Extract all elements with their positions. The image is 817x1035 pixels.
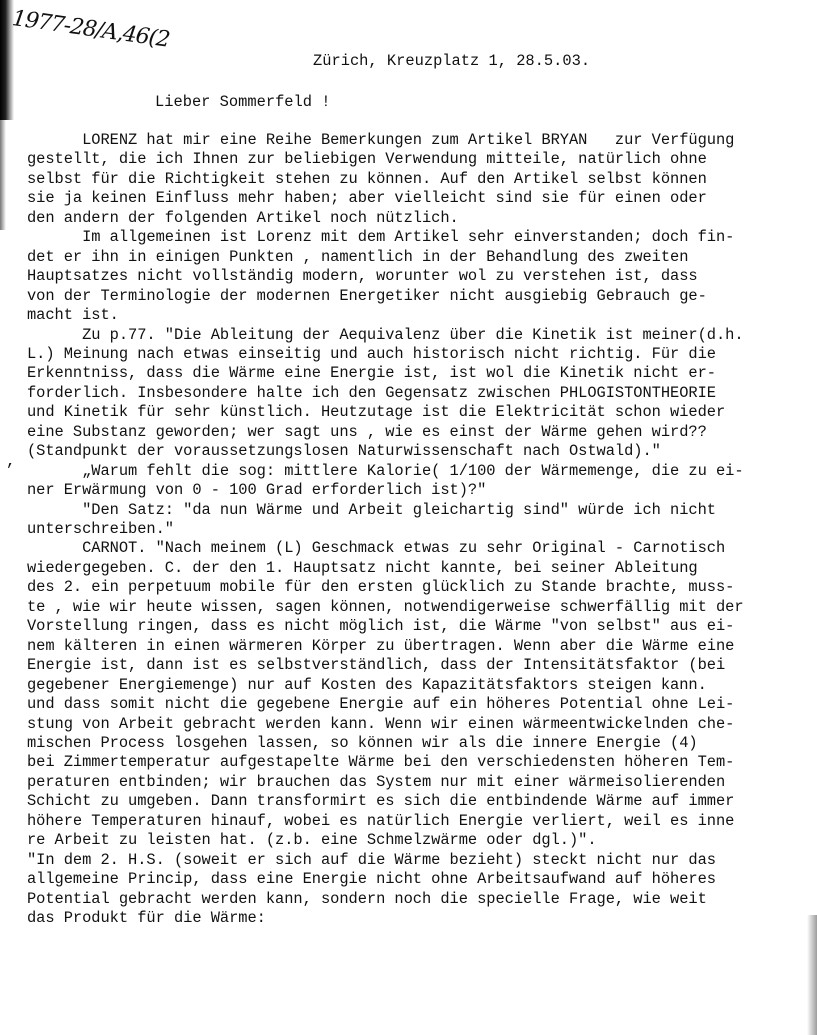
text-line: mischen Process losgehen lassen, so könn…: [27, 734, 698, 752]
text-line: det er ihn in einigen Punkten , namentli…: [27, 248, 688, 266]
text-line: gegebener Energiemenge) nur auf Kosten d…: [27, 676, 707, 694]
text-line: Vorstellung ringen, dass es nicht möglic…: [27, 617, 734, 635]
text-line: und dass somit nicht die gegebene Energi…: [27, 695, 734, 713]
text-line: CARNOT. "Nach meinem (L) Geschmack etwas…: [27, 539, 725, 557]
salutation: Lieber Sommerfeld !: [155, 93, 330, 111]
text-line: (Standpunkt der voraussetzungslosen Natu…: [27, 442, 661, 460]
text-line: LORENZ hat mir eine Reihe Bemerkungen zu…: [27, 131, 734, 149]
text-line: des 2. ein perpetuum mobile für den erst…: [27, 578, 734, 596]
text-line: den andern der folgenden Artikel noch nü…: [27, 209, 459, 227]
text-line: höhere Temperaturen hinauf, wobei es nat…: [27, 812, 734, 830]
text-line: und Kinetik für sehr künstlich. Heutzuta…: [27, 403, 725, 421]
text-line: von der Terminologie der modernen Energe…: [27, 287, 707, 305]
text-line: Erkenntniss, dass die Wärme eine Energie…: [27, 364, 716, 382]
place-date: Zürich, Kreuzplatz 1, 28.5.03.: [313, 52, 590, 70]
text-line: sie ja keinen Einfluss mehr haben; aber …: [27, 189, 707, 207]
text-line: forderlich. Insbesondere halte ich den G…: [27, 384, 716, 402]
text-line: wiedergegeben. C. der den 1. Hauptsatz n…: [27, 559, 698, 577]
text-line: allgemeine Princip, dass eine Energie ni…: [27, 870, 716, 888]
text-line: re Arbeit zu leisten hat. (z.b. eine Sch…: [27, 831, 597, 849]
scan-edge-shadow: [0, 120, 6, 230]
text-line: das Produkt für die Wärme:: [27, 909, 266, 927]
archive-reference: 1977-28/A,46(2: [11, 6, 171, 53]
text-line: Zu p.77. "Die Ableitung der Aequivalenz …: [27, 326, 744, 344]
margin-mark: ,: [6, 452, 16, 470]
text-line: macht ist.: [27, 306, 119, 324]
text-line: Schicht zu umgeben. Dann transformirt es…: [27, 792, 734, 810]
text-line: „Warum fehlt die sog: mittlere Kalorie( …: [27, 462, 744, 480]
scan-edge-shadow: [807, 915, 817, 1035]
text-line: Im allgemeinen ist Lorenz mit dem Artike…: [27, 228, 734, 246]
text-line: L.) Meinung nach etwas einseitig und auc…: [27, 345, 716, 363]
text-line: ner Erwärmung von 0 - 100 Grad erforderl…: [27, 481, 486, 499]
text-line: te , wie wir heute wissen, sagen können,…: [27, 598, 744, 616]
text-line: bei Zimmertemperatur aufgestapelte Wärme…: [27, 753, 734, 771]
text-line: Potential gebracht werden kann, sondern …: [27, 890, 707, 908]
text-line: nem kälteren in einen wärmeren Körper zu…: [27, 637, 734, 655]
text-line: stung von Arbeit gebracht werden kann. W…: [27, 715, 734, 733]
text-line: gestellt, die ich Ihnen zur beliebigen V…: [27, 150, 707, 168]
text-line: selbst für die Richtigkeit stehen zu kön…: [27, 170, 707, 188]
text-line: Hauptsatzes nicht vollständig modern, wo…: [27, 267, 698, 285]
text-line: "In dem 2. H.S. (soweit er sich auf die …: [27, 851, 716, 869]
text-line: "Den Satz: "da nun Wärme und Arbeit glei…: [27, 501, 716, 519]
text-line: peraturen entbinden; wir brauchen das Sy…: [27, 773, 725, 791]
text-line: unterschreiben.": [27, 520, 174, 538]
text-line: eine Substanz geworden; wer sagt uns , w…: [27, 423, 707, 441]
text-line: Energie ist, dann ist es selbstverständl…: [27, 656, 725, 674]
